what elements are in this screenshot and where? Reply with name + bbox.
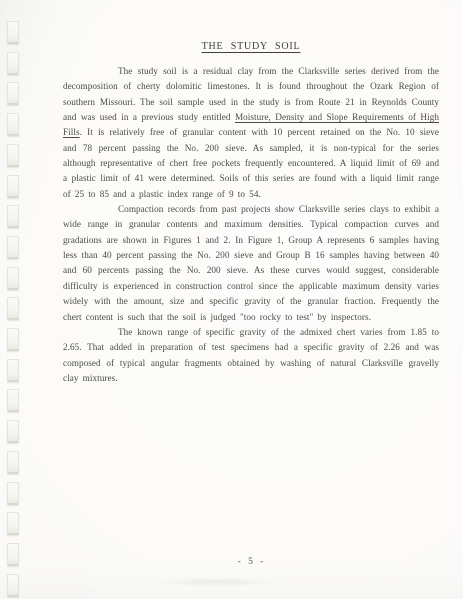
document-page: THE STUDY SOIL The study soil is a resid… — [0, 0, 463, 599]
document-body: The study soil is a residual clay from t… — [63, 64, 439, 386]
paragraph-study-soil: The study soil is a residual clay from t… — [63, 64, 439, 202]
paragraph-1-text-after: . It is relatively free of granular cont… — [63, 127, 439, 198]
page-number: - 5 - — [63, 557, 439, 567]
paragraph-specific-gravity: The known range of specific gravity of t… — [63, 325, 439, 386]
scan-smudge-artifact — [135, 578, 300, 586]
binding-holes — [0, 0, 30, 599]
paragraph-compaction-records: Compaction records from past projects sh… — [63, 202, 439, 325]
page-title: THE STUDY SOIL — [63, 41, 439, 52]
